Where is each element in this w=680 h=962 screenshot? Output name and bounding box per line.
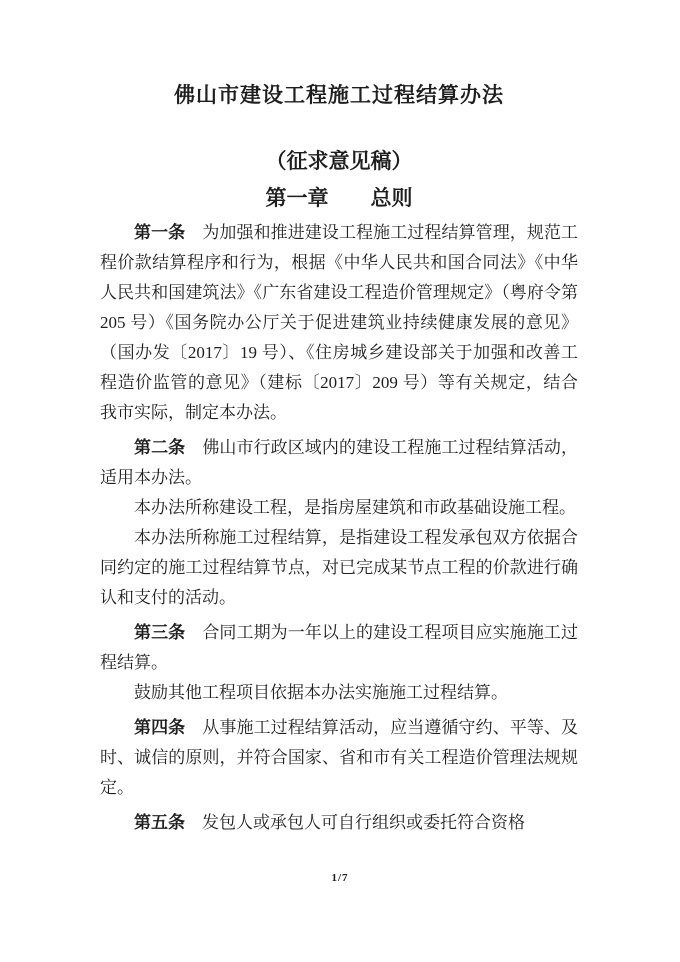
document-content: 佛山市建设工程施工过程结算办法 （征求意见稿） 第一章 总则 第一条 为加强和推… bbox=[0, 0, 680, 962]
paragraph: 本办法所称建设工程，是指房屋建筑和市政基础设施工程。 bbox=[100, 493, 578, 523]
paragraph: 鼓励其他工程项目依据本办法实施施工过程结算。 bbox=[100, 678, 578, 708]
chapter-heading: 第一章 总则 bbox=[100, 183, 578, 213]
article-label: 第三条 bbox=[134, 623, 185, 642]
document-subtitle: （征求意见稿） bbox=[100, 146, 578, 176]
paragraph-text: 本办法所称建设工程，是指房屋建筑和市政基础设施工程。 bbox=[134, 498, 576, 517]
paragraph: 本办法所称施工过程结算，是指建设工程发承包双方依据合同约定的施工过程结算节点，对… bbox=[100, 523, 578, 613]
article-label: 第一条 bbox=[134, 223, 185, 242]
article-label: 第四条 bbox=[134, 718, 185, 737]
paragraph-article-4: 第四条 从事施工过程结算活动，应当遵循守约、平等、及时、诚信的原则，并符合国家、… bbox=[100, 713, 578, 803]
document-title: 佛山市建设工程施工过程结算办法 bbox=[100, 78, 578, 112]
paragraph-text: 为加强和推进建设工程施工过程结算管理，规范工程价款结算程序和行为，根据《中华人民… bbox=[100, 223, 578, 422]
document-body: 第一条 为加强和推进建设工程施工过程结算管理，规范工程价款结算程序和行为，根据《… bbox=[100, 218, 578, 838]
paragraph-article-3: 第三条 合同工期为一年以上的建设工程项目应实施施工过程结算。 bbox=[100, 618, 578, 678]
paragraph-text: 本办法所称施工过程结算，是指建设工程发承包双方依据合同约定的施工过程结算节点，对… bbox=[100, 528, 578, 607]
paragraph-article-1: 第一条 为加强和推进建设工程施工过程结算管理，规范工程价款结算程序和行为，根据《… bbox=[100, 218, 578, 428]
document-page: 佛山市建设工程施工过程结算办法 （征求意见稿） 第一章 总则 第一条 为加强和推… bbox=[0, 0, 680, 962]
paragraph-article-2: 第二条 佛山市行政区域内的建设工程施工过程结算活动，适用本办法。 bbox=[100, 433, 578, 493]
article-label: 第五条 bbox=[134, 813, 185, 832]
article-label: 第二条 bbox=[134, 438, 185, 457]
paragraph-text: 发包人或承包人可自行组织或委托符合资格 bbox=[185, 813, 525, 832]
paragraph-text: 鼓励其他工程项目依据本办法实施施工过程结算。 bbox=[134, 683, 508, 702]
page-number: 1/7 bbox=[0, 872, 680, 884]
paragraph-article-5: 第五条 发包人或承包人可自行组织或委托符合资格 bbox=[100, 808, 578, 838]
